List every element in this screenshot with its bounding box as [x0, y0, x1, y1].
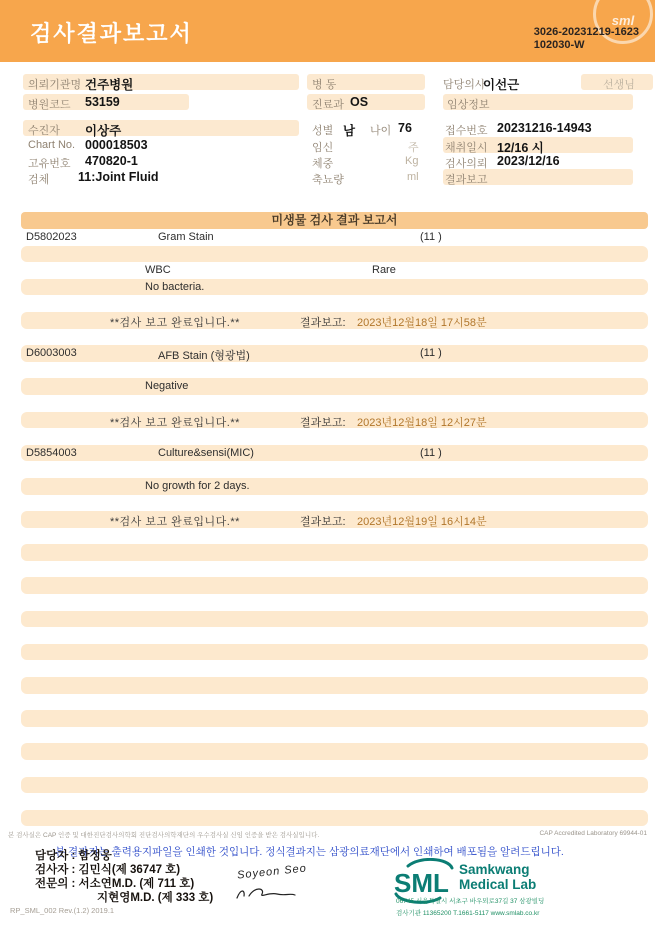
table-cell-ref: (11 ) [420, 231, 442, 243]
table-cell-sub: WBC [145, 264, 171, 276]
org-label: 의뢰기관명 [28, 76, 81, 92]
table-row: **검사 보고 완료입니다.**결과보고:2023년12월18일 12시27분 [21, 412, 648, 429]
table-row [21, 561, 648, 578]
ward-label: 병 동 [312, 76, 336, 92]
table-cell-name: Culture&sensi(MIC) [158, 447, 254, 459]
table-cell-sub: Negative [145, 380, 188, 392]
table-row [21, 644, 648, 661]
table-row [21, 760, 648, 777]
table-row [21, 727, 648, 744]
dept-value: OS [350, 95, 368, 109]
recv-no: 20231216-14943 [497, 121, 592, 135]
accreditation-note: 본 검사실은 CAP 인증 및 대한진단검사의학회 진단검사의학재단의 우수검사… [8, 830, 319, 839]
table-row [21, 461, 648, 478]
clinical-label: 임상정보 [447, 96, 490, 112]
form-number: RP_SML_002 Rev.(1.2) 2019.1 [10, 906, 114, 915]
cap-accreditation: CAP Accredited Laboratory 69944-01 [539, 830, 647, 837]
hosp-code-label: 병원코드 [28, 96, 71, 112]
specimen-value: 11:Joint Fluid [78, 170, 159, 184]
uid-label: 고유번호 [28, 155, 71, 171]
table-cell-code: D5802023 [26, 231, 77, 243]
print-notice: 본 결과지는 출력용지파일을 인쇄한 것입니다. 정식결과지는 삼광의료재단에서… [55, 844, 564, 859]
table-cell-replbl: 결과보고: [300, 513, 346, 529]
doctor-name: 이선근 [483, 75, 519, 93]
order-date: 2023/12/16 [497, 154, 560, 168]
table-cell-msg: **검사 보고 완료입니다.** [110, 414, 240, 430]
report-date-label: 결과보고 [445, 171, 488, 187]
table-cell-name: Gram Stain [158, 231, 214, 243]
results-table-header: 미생물 검사 결과 보고서 [21, 212, 648, 229]
age-label: 나이 [370, 122, 391, 138]
sml-name-line1: Samkwang [459, 862, 530, 877]
table-row: D5854003Culture&sensi(MIC)(11 ) [21, 445, 648, 462]
chart-label: Chart No. [28, 139, 75, 151]
table-cell-msg: **검사 보고 완료입니다.** [110, 513, 240, 529]
table-row [21, 810, 648, 827]
doctor-suffix: 선생님 [603, 76, 635, 92]
collect-label: 채취일시 [445, 139, 488, 155]
table-cell-repdate: 2023년12월19일 16시14분 [357, 513, 487, 529]
document-number-line1: 3026-20231219-1623 [534, 26, 639, 39]
page-title: 검사결과보고서 [30, 17, 193, 48]
table-row [21, 611, 648, 628]
table-row [21, 295, 648, 312]
lab-address: 06745 서울특별시 서초구 바우뫼로37길 37 삼광빌딩 [396, 896, 544, 905]
hosp-code-value: 53159 [85, 95, 120, 109]
table-cell-repdate: 2023년12월18일 17시58분 [357, 314, 487, 330]
table-row: No growth for 2 days. [21, 478, 648, 495]
sex-label: 성별 [312, 122, 333, 138]
signature-icon [235, 884, 305, 904]
org-value: 건주병원 [85, 75, 133, 93]
table-row [21, 544, 648, 561]
specialist-line2: 지현영M.D. (제 333 호) [97, 889, 213, 905]
table-cell-msg: **검사 보고 완료입니다.** [110, 314, 240, 330]
table-row [21, 777, 648, 794]
table-cell-ref: (11 ) [420, 347, 442, 359]
table-cell-sub: No growth for 2 days. [145, 480, 250, 492]
svg-text:SML: SML [394, 868, 449, 898]
table-row [21, 694, 648, 711]
table-row [21, 577, 648, 594]
table-row [21, 660, 648, 677]
table-row: D5802023Gram Stain(11 ) [21, 229, 648, 246]
table-row [21, 495, 648, 512]
patient-name: 이상주 [85, 121, 121, 139]
table-cell-sub: No bacteria. [145, 281, 204, 293]
recv-label: 접수번호 [445, 122, 488, 138]
table-row: Negative [21, 378, 648, 395]
table-cell-repdate: 2023년12월18일 12시27분 [357, 414, 487, 430]
chart-no: 000018503 [85, 138, 148, 152]
table-row [21, 329, 648, 346]
table-row: **검사 보고 완료입니다.**결과보고:2023년12월19일 16시14분 [21, 511, 648, 528]
table-cell-replbl: 결과보고: [300, 314, 346, 330]
table-cell-code: D6003003 [26, 347, 77, 359]
table-row [21, 793, 648, 810]
specimen-label: 검체 [28, 171, 49, 187]
patient-label: 수진자 [28, 122, 60, 138]
pregnancy-label: 임신 [312, 139, 333, 155]
results-table: D5802023Gram Stain(11 )WBCRareNo bacteri… [21, 229, 648, 826]
table-cell-name: AFB Stain (형광법) [158, 347, 250, 363]
table-row [21, 710, 648, 727]
table-row [21, 246, 648, 263]
doctor-label: 담당의사 [443, 76, 486, 92]
urine-unit: ml [407, 171, 419, 183]
lab-contact: 검사기관 11365200 T.1661-5117 www.smlab.co.k… [396, 908, 539, 917]
table-row [21, 677, 648, 694]
sml-name-line2: Medical Lab [459, 877, 536, 892]
document-number-line2: 102030-W [534, 39, 639, 52]
weight-unit: Kg [405, 155, 418, 167]
weight-label: 체중 [312, 155, 333, 171]
table-row [21, 627, 648, 644]
table-row: WBCRare [21, 262, 648, 279]
table-row [21, 395, 648, 412]
table-cell-result: Rare [372, 264, 396, 276]
table-row [21, 528, 648, 545]
table-row: **검사 보고 완료입니다.**결과보고:2023년12월18일 17시58분 [21, 312, 648, 329]
results-table-title: 미생물 검사 결과 보고서 [21, 212, 648, 229]
table-row [21, 428, 648, 445]
table-cell-code: D5854003 [26, 447, 77, 459]
table-row [21, 362, 648, 379]
table-row [21, 594, 648, 611]
table-row: No bacteria. [21, 279, 648, 296]
urine-label: 축뇨량 [312, 171, 344, 187]
patient-stripe [23, 120, 299, 136]
lab-report-page: sml 검사결과보고서 3026-20231219-1623 102030-W … [0, 0, 655, 925]
table-cell-ref: (11 ) [420, 447, 442, 459]
table-row: D6003003AFB Stain (형광법)(11 ) [21, 345, 648, 362]
sex-value: 남 [343, 121, 355, 139]
document-number: 3026-20231219-1623 102030-W [534, 26, 639, 52]
signature-text: Soyeon Seo [237, 862, 308, 881]
table-row [21, 743, 648, 760]
dept-label: 진료과 [312, 96, 344, 112]
pregnancy-unit: 주 [408, 139, 419, 155]
uid-value: 470820-1 [85, 154, 138, 168]
report-header: sml 검사결과보고서 3026-20231219-1623 102030-W [0, 0, 655, 62]
table-cell-replbl: 결과보고: [300, 414, 346, 430]
age-value: 76 [398, 121, 412, 135]
